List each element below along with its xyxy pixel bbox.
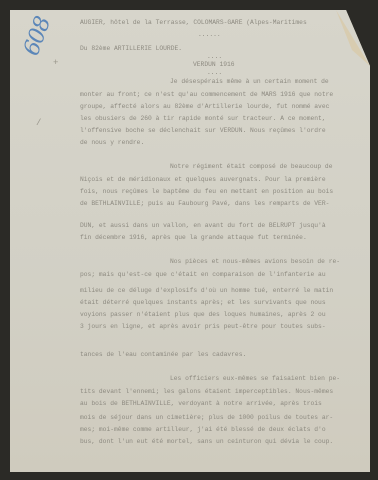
pencil-mark: + xyxy=(53,58,58,68)
paragraph-1-line: les obusiers de 260 à tir rapide monté s… xyxy=(80,115,326,122)
paragraph-3-line: était déterré quelques instants après; e… xyxy=(80,299,326,306)
paragraph-2-line: DUN, et aussi dans un vallon, en avant d… xyxy=(80,222,326,229)
pencil-mark: / xyxy=(36,118,41,128)
paragraph-1-line: monter au front; ce n'est qu'au commence… xyxy=(80,91,333,98)
sender-header: AUGIER, hôtel de la Terrasse, COLOMARS-G… xyxy=(80,19,307,26)
paragraph-4-line: mois de séjour dans un cimetière; plus d… xyxy=(80,414,333,421)
paragraph-2-line: fin décembre 1916, après que la grande a… xyxy=(80,234,307,241)
paragraph-4-line: bus, dont l'un eut été mortel, sans un c… xyxy=(80,438,333,445)
paragraph-3-line: milieu de ce déluge d'explosifs d'où un … xyxy=(80,287,333,294)
separator: .... xyxy=(207,53,222,60)
paragraph-1-line: Je désespérais même à un certain moment … xyxy=(170,78,329,85)
document-title: VERDUN 1916 xyxy=(193,61,235,68)
paragraph-4-line: tits devant l'ennemi; les galons étaient… xyxy=(80,388,333,395)
paragraph-2-line: Niçois et de méridionaux et quelques auv… xyxy=(80,176,326,183)
paragraph-4-line: Les officiers eux-mêmes se faisaient bie… xyxy=(170,375,340,382)
unit-line: Du 82ème ARTILLERIE LOURDE. xyxy=(80,45,182,52)
paragraph-1-line: l'offensive boche se déclenchait sur VER… xyxy=(80,127,326,134)
paragraph-3-line: 3 jours en ligne, et après avoir pris pe… xyxy=(80,323,326,330)
paragraph-2-line: Notre régiment était composé de beaucoup… xyxy=(170,163,333,170)
paragraph-3-line: Nos pièces et nous-mêmes avions besoin d… xyxy=(170,258,340,265)
paragraph-1-line: groupe, affecté alors au 82ème d'Artille… xyxy=(80,103,329,110)
paragraph-4-line: au bois de BETHLAINVILLE, verdoyant à no… xyxy=(80,400,322,407)
separator: .... xyxy=(207,69,222,76)
paragraph-4-line: mes; moi-même comme artilleur, j'ai été … xyxy=(80,426,326,433)
paragraph-3-line: tances de l'eau contaminée par les cadav… xyxy=(80,351,246,358)
paragraph-3-line: pos; mais qu'est-ce que c'était en compa… xyxy=(80,271,326,278)
paragraph-3-line: voyions passer n'étaient plus que des lo… xyxy=(80,311,326,318)
paragraph-2-line: fois, nous reçûmes le baptême du feu en … xyxy=(80,188,333,195)
separator: ...... xyxy=(198,31,221,38)
paragraph-1-line: de nous y rendre. xyxy=(80,139,144,146)
paragraph-2-line: de BETHLAINVILLE; puis au Faubourg Pavé,… xyxy=(80,200,329,207)
